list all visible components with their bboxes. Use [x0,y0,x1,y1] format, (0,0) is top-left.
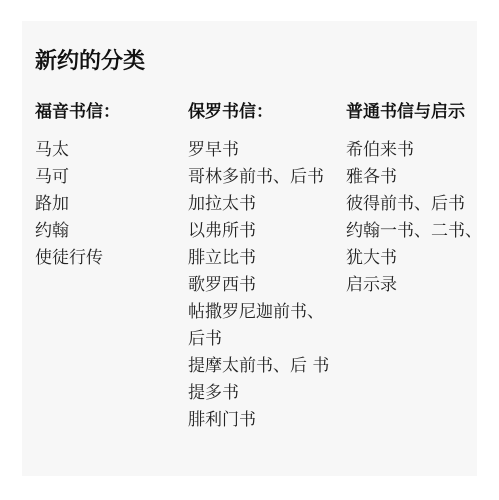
list-item: 腓利门书 [188,407,329,434]
column-gospels: 福音书信： 马太 马可 路加 约翰 使徒行传 [35,99,120,272]
list-item: 后书 [188,326,329,353]
content-panel: 新约的分类 福音书信： 马太 马可 路加 约翰 使徒行传 保罗书信： 罗早书 哥… [22,21,477,476]
column-header: 普通书信与启示 [346,99,477,125]
list-item: 帖撒罗尼迦前书、 [188,299,329,326]
list-item: 约翰 [35,218,120,245]
column-pauline-epistles: 保罗书信： 罗早书 哥林多前书、后书 加拉太书 以弗所书 腓立比书 歌罗西书 帖… [188,99,329,434]
list-item: 路加 [35,191,120,218]
list-item: 使徒行传 [35,245,120,272]
list-item: 罗早书 [188,137,329,164]
list-item: 以弗所书 [188,218,329,245]
list-item: 希伯来书 [346,137,477,164]
list-item: 腓立比书 [188,245,329,272]
column-header: 福音书信： [35,99,120,125]
list-item: 提摩太前书、后 书 [188,353,329,380]
list-item: 马太 [35,137,120,164]
list-item: 哥林多前书、后书 [188,164,329,191]
book-list: 马太 马可 路加 约翰 使徒行传 [35,137,120,272]
list-item: 歌罗西书 [188,272,329,299]
list-item: 提多书 [188,380,329,407]
column-general-epistles: 普通书信与启示 希伯来书 雅各书 彼得前书、后书 约翰一书、二书、 犹大书 启示… [346,99,477,299]
list-item: 雅各书 [346,164,477,191]
book-list: 希伯来书 雅各书 彼得前书、后书 约翰一书、二书、 犹大书 启示录 [346,137,477,299]
list-item: 马可 [35,164,120,191]
list-item: 加拉太书 [188,191,329,218]
book-list: 罗早书 哥林多前书、后书 加拉太书 以弗所书 腓立比书 歌罗西书 帖撒罗尼迦前书… [188,137,329,434]
list-item: 彼得前书、后书 [346,191,477,218]
list-item: 约翰一书、二书、 [346,218,477,245]
page-title: 新约的分类 [35,47,145,77]
list-item: 启示录 [346,272,477,299]
list-item: 犹大书 [346,245,477,272]
column-header: 保罗书信： [188,99,329,125]
